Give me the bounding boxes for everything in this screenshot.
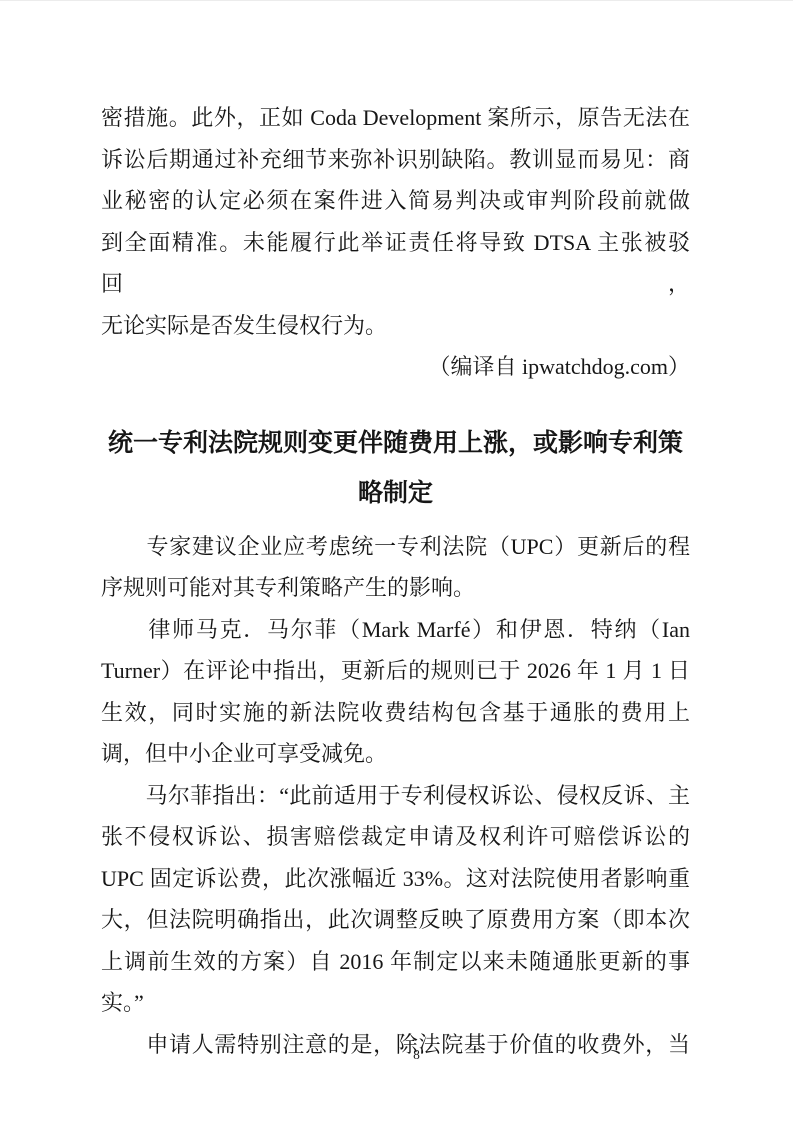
text-line: 上调前生效的方案）自 2016 年制定以来未随通胀更新的事 bbox=[101, 941, 690, 983]
text-line: 张不侵权诉讼、损害赔偿裁定申请及权利许可赔偿诉讼的 bbox=[101, 816, 690, 858]
text-line: 马尔菲指出：“此前适用于专利侵权诉讼、侵权反诉、主 bbox=[101, 775, 690, 817]
text-line: 诉讼后期通过补充细节来弥补识别缺陷。教训显而易见：商 bbox=[101, 139, 690, 181]
document-page: 密措施。此外，正如 Coda Development 案所示，原告无法在诉讼后期… bbox=[0, 0, 793, 1122]
text-line: 略制定 bbox=[101, 468, 690, 518]
text-line: 序规则可能对其专利策略产生的影响。 bbox=[101, 567, 690, 609]
text-line: 专家建议企业应考虑统一专利法院（UPC）更新后的程 bbox=[101, 526, 690, 568]
text-line: 生效，同时实施的新法院收费结构包含基于通胀的费用上 bbox=[101, 692, 690, 734]
text-line: 大，但法院明确指出，此次调整反映了原费用方案（即本次 bbox=[101, 899, 690, 941]
text-line: 业秘密的认定必须在案件进入简易判决或审判阶段前就做 bbox=[101, 180, 690, 222]
text-line: UPC 固定诉讼费，此次涨幅近 33%。这对法院使用者影响重 bbox=[101, 858, 690, 900]
article-paragraph-2: 律师马克．马尔菲（Mark Marfé）和伊恩．特纳（IanTurner）在评论… bbox=[101, 609, 690, 775]
article-title: 统一专利法院规则变更伴随费用上涨，或影响专利策略制定 bbox=[101, 418, 690, 518]
article-paragraph-1: 专家建议企业应考虑统一专利法院（UPC）更新后的程序规则可能对其专利策略产生的影… bbox=[101, 526, 690, 609]
text-line: 到全面精准。未能履行此举证责任将导致 DTSA 主张被驳回， bbox=[101, 222, 690, 305]
article-paragraph-3: 马尔菲指出：“此前适用于专利侵权诉讼、侵权反诉、主张不侵权诉讼、损害赔偿裁定申请… bbox=[101, 775, 690, 1024]
text-line: 密措施。此外，正如 Coda Development 案所示，原告无法在 bbox=[101, 97, 690, 139]
text-line: Turner）在评论中指出，更新后的规则已于 2026 年 1 月 1 日 bbox=[101, 650, 690, 692]
text-line: 调，但中小企业可享受减免。 bbox=[101, 733, 690, 775]
page-number: 8 bbox=[413, 1047, 420, 1062]
text-line: 统一专利法院规则变更伴随费用上涨，或影响专利策 bbox=[101, 418, 690, 468]
text-line: 实。” bbox=[101, 982, 690, 1024]
prev-article-body: 密措施。此外，正如 Coda Development 案所示，原告无法在诉讼后期… bbox=[101, 97, 690, 346]
page-footer: 8 bbox=[101, 1045, 690, 1065]
text-line: 无论实际是否发生侵权行为。 bbox=[101, 305, 690, 347]
text-line: 律师马克．马尔菲（Mark Marfé）和伊恩．特纳（Ian bbox=[101, 609, 690, 651]
page-content: 密措施。此外，正如 Coda Development 案所示，原告无法在诉讼后期… bbox=[101, 97, 690, 1065]
translation-credit: （编译自 ipwatchdog.com） bbox=[101, 346, 690, 388]
